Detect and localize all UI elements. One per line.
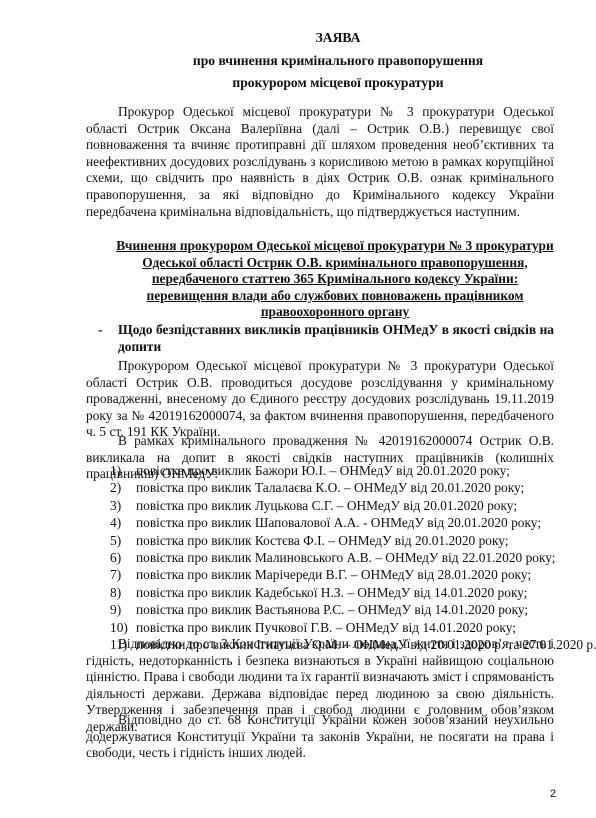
list-text: повістка про виклик Шаповалової А.А. - О… bbox=[136, 515, 541, 530]
list-number: 4) bbox=[110, 514, 121, 531]
document-page: ЗАЯВА про вчинення кримінального правопо… bbox=[0, 0, 596, 818]
document-title: ЗАЯВА bbox=[0, 30, 596, 46]
paragraph-investigation-text: Прокурором Одеської місцевої прокуратури… bbox=[86, 358, 554, 439]
list-item: 4)повістка про виклик Шаповалової А.А. -… bbox=[110, 514, 596, 531]
document-subtitle-line2: прокурором місцевої прокуратури bbox=[0, 75, 596, 91]
list-number: 7) bbox=[110, 566, 121, 583]
paragraph-constitution-art68: Відповідно до ст. 68 Конституції України… bbox=[86, 712, 554, 762]
summons-list: 1)повістка про виклик Бажори Ю.І. – ОНМе… bbox=[110, 462, 596, 653]
list-text: повістка про виклик Талалаєва К.О. – ОНМ… bbox=[136, 480, 524, 495]
intro-text: Прокурор Одеської місцевої прокуратури №… bbox=[86, 104, 554, 219]
document-subtitle-line1: про вчинення кримінального правопорушенн… bbox=[0, 53, 596, 69]
list-text: повістка про виклик Кадебської Н.З. – ОН… bbox=[136, 585, 528, 600]
list-number: 10) bbox=[110, 619, 128, 636]
list-number: 3) bbox=[110, 497, 121, 514]
list-item: 7)повістка про виклик Марічереди В.Г. – … bbox=[110, 566, 596, 583]
list-item: 3)повістка про виклик Луцькова С.Г. – ОН… bbox=[110, 497, 596, 514]
list-number: 6) bbox=[110, 549, 121, 566]
list-item: 9)повістка про виклик Вастьянова Р.С. – … bbox=[110, 601, 596, 618]
list-number: 5) bbox=[110, 532, 121, 549]
list-item: 1)повістка про виклик Бажори Ю.І. – ОНМе… bbox=[110, 462, 596, 479]
intro-paragraph: Прокурор Одеської місцевої прокуратури №… bbox=[86, 104, 554, 220]
subsection-heading: - Щодо безпідставних викликів працівникі… bbox=[118, 322, 554, 356]
list-number: 8) bbox=[110, 584, 121, 601]
list-item: 10)повістка про виклик Пучкової Г.В. – О… bbox=[110, 619, 596, 636]
list-item: 2)повістка про виклик Талалаєва К.О. – О… bbox=[110, 479, 596, 496]
list-text: повістка про виклик Луцькова С.Г. – ОНМе… bbox=[136, 498, 517, 513]
list-text: повістка про виклик Бажори Ю.І. – ОНМедУ… bbox=[136, 463, 510, 478]
list-text: повістка про виклик Вастьянова Р.С. – ОН… bbox=[136, 602, 528, 617]
list-text: повістка про виклик Пучкової Г.В. – ОНМе… bbox=[136, 620, 516, 635]
list-text: повістка про виклик Марічереди В.Г. – ОН… bbox=[136, 567, 531, 582]
list-item: 8)повістка про виклик Кадебської Н.З. – … bbox=[110, 584, 596, 601]
list-text: повістка про виклик Малиновського А.В. –… bbox=[136, 550, 556, 565]
page-number: 2 bbox=[550, 788, 556, 800]
list-number: 9) bbox=[110, 601, 121, 618]
list-item: 5)повістка про виклик Костєва Ф.І. – ОНМ… bbox=[110, 532, 596, 549]
list-number: 2) bbox=[110, 479, 121, 496]
subsection-text: Щодо безпідставних викликів працівників … bbox=[118, 322, 554, 354]
paragraph-investigation: Прокурором Одеської місцевої прокуратури… bbox=[86, 358, 554, 441]
section-heading: Вчинення прокурором Одеської місцевої пр… bbox=[86, 238, 554, 321]
list-text: повістка про виклик Костєва Ф.І. – ОНМед… bbox=[136, 533, 509, 548]
list-number: 1) bbox=[110, 462, 121, 479]
dash-marker: - bbox=[98, 322, 102, 339]
paragraph-constitution-art68-text: Відповідно до ст. 68 Конституції України… bbox=[86, 712, 554, 760]
list-item: 6)повістка про виклик Малиновського А.В.… bbox=[110, 549, 596, 566]
